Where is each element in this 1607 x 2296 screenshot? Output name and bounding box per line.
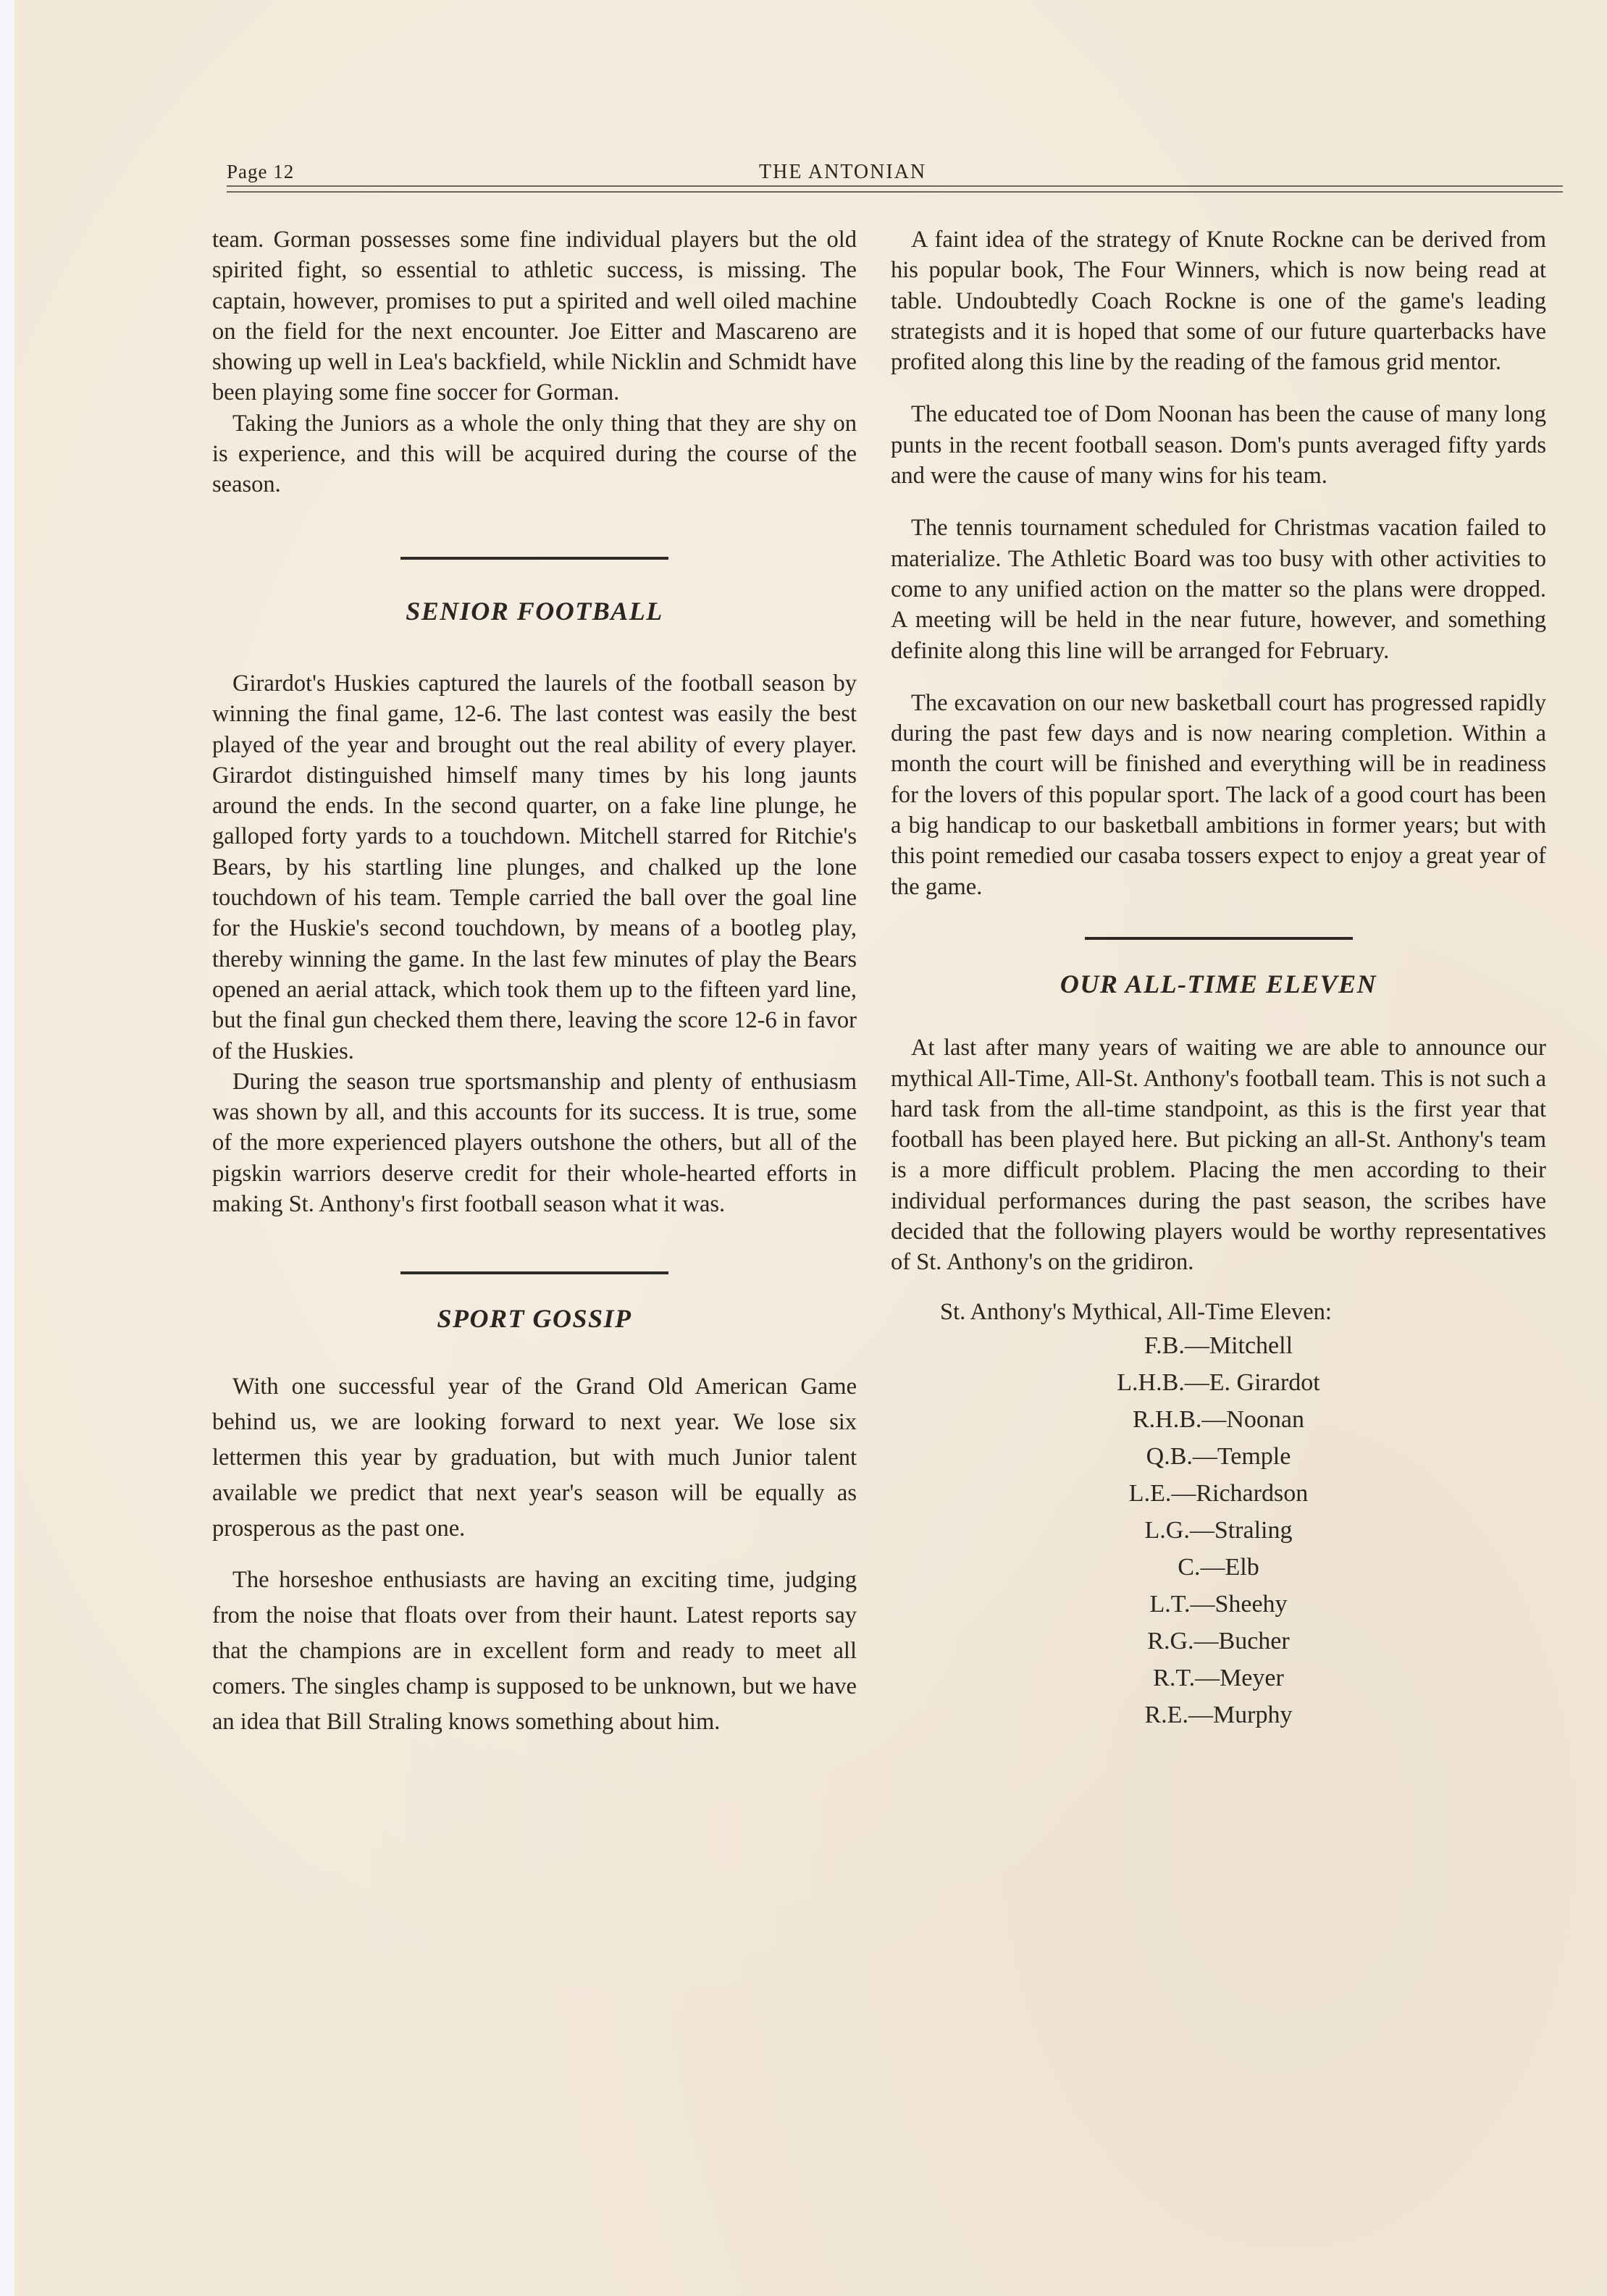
- article-paragraph: team. Gorman possesses some fine individ…: [212, 224, 857, 408]
- article-paragraph: At last after many years of waiting we a…: [891, 1033, 1546, 1277]
- page-number: Page 12: [227, 161, 294, 183]
- roster-entry: L.G.—Straling: [891, 1512, 1546, 1549]
- roster-list: F.B.—Mitchell L.H.B.—E. Girardot R.H.B.—…: [891, 1327, 1546, 1733]
- header-rule: [227, 191, 1563, 193]
- article-paragraph: Taking the Juniors as a whole the only t…: [212, 408, 857, 500]
- roster-entry: R.G.—Bucher: [891, 1623, 1546, 1660]
- roster-entry: Q.B.—Temple: [891, 1438, 1546, 1475]
- roster-entry: F.B.—Mitchell: [891, 1327, 1546, 1364]
- article-paragraph: Girardot's Huskies captured the laurels …: [212, 668, 857, 1067]
- article-paragraph: During the season true sportsmanship and…: [212, 1067, 857, 1219]
- header-rule: [227, 185, 1563, 187]
- masthead-title: THE ANTONIAN: [759, 161, 926, 184]
- section-heading-senior-football: SENIOR FOOTBALL: [212, 596, 857, 626]
- left-column: team. Gorman possesses some fine individ…: [212, 224, 857, 1740]
- article-paragraph: A faint idea of the strategy of Knute Ro…: [891, 224, 1546, 377]
- roster-entry: L.H.B.—E. Girardot: [891, 1364, 1546, 1401]
- article-paragraph: The horseshoe enthusiasts are having an …: [212, 1563, 857, 1740]
- section-heading-sport-gossip: SPORT GOSSIP: [212, 1303, 857, 1334]
- right-column: A faint idea of the strategy of Knute Ro…: [891, 224, 1546, 1733]
- roster-entry: R.E.—Murphy: [891, 1696, 1546, 1733]
- section-heading-all-time-eleven: OUR ALL-TIME ELEVEN: [891, 969, 1546, 999]
- roster-entry: L.E.—Richardson: [891, 1475, 1546, 1512]
- article-paragraph: The educated toe of Dom Noonan has been …: [891, 399, 1546, 491]
- article-paragraph: The excavation on our new basketball cou…: [891, 688, 1546, 902]
- roster-entry: L.T.—Sheehy: [891, 1586, 1546, 1623]
- roster-entry: R.T.—Meyer: [891, 1660, 1546, 1696]
- article-paragraph: With one successful year of the Grand Ol…: [212, 1369, 857, 1547]
- roster-entry: C.—Elb: [891, 1549, 1546, 1586]
- roster-title: St. Anthony's Mythical, All-Time Eleven:: [891, 1297, 1546, 1327]
- article-paragraph: The tennis tournament scheduled for Chri…: [891, 513, 1546, 665]
- page-header: Page 12 THE ANTONIAN: [227, 156, 1563, 193]
- roster-entry: R.H.B.—Noonan: [891, 1401, 1546, 1438]
- newspaper-page: Page 12 THE ANTONIAN team. Gorman posses…: [14, 0, 1607, 2296]
